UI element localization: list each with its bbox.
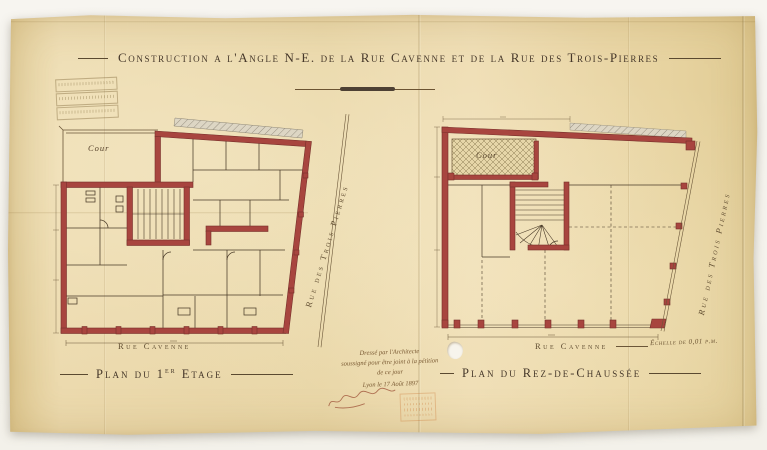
title-trailing-dash (669, 58, 721, 59)
courtyard-label-right: Cour (476, 150, 497, 160)
caption-leading-dash (60, 374, 88, 375)
floor-plan-ground-floor (430, 105, 730, 355)
caption-trailing-dash (231, 374, 293, 375)
courtyard-label-left: Cour (88, 143, 109, 153)
street-label-cavenne-right: Rue Cavenne (535, 341, 608, 351)
street-label-cavenne-left: Rue Cavenne (118, 341, 191, 351)
registry-stamp (400, 392, 437, 421)
caption-first-floor-row: Plan du 1er Etage (60, 366, 293, 382)
fold-crease (742, 14, 745, 436)
archive-stamp-line (55, 77, 118, 93)
drawing-title-row: Construction a l'Angle N-E. de la Rue Ca… (78, 50, 693, 66)
scanned-drawing-canvas: Construction a l'Angle N-E. de la Rue Ca… (0, 0, 767, 450)
drawing-title: Construction a l'Angle N-E. de la Rue Ca… (118, 50, 659, 66)
paper-sheet: Construction a l'Angle N-E. de la Rue Ca… (8, 14, 758, 436)
caption-trailing-dash (649, 373, 701, 374)
paper-sheet-wrap: Construction a l'Angle N-E. de la Rue Ca… (8, 14, 758, 436)
caption-ground-floor: Plan du Rez-de-Chaussée (462, 366, 641, 381)
title-leading-dash (78, 58, 108, 59)
caption-ground-floor-row: Plan du Rez-de-Chaussée (440, 366, 701, 381)
caption-first-floor: Plan du 1er Etage (96, 366, 223, 382)
street-label-dash (616, 346, 648, 347)
floor-plan-first-floor (30, 100, 360, 370)
title-underline-flourish (295, 87, 435, 91)
fold-crease (8, 21, 758, 23)
street-label-cavenne-right-row: Rue Cavenne (535, 341, 648, 351)
